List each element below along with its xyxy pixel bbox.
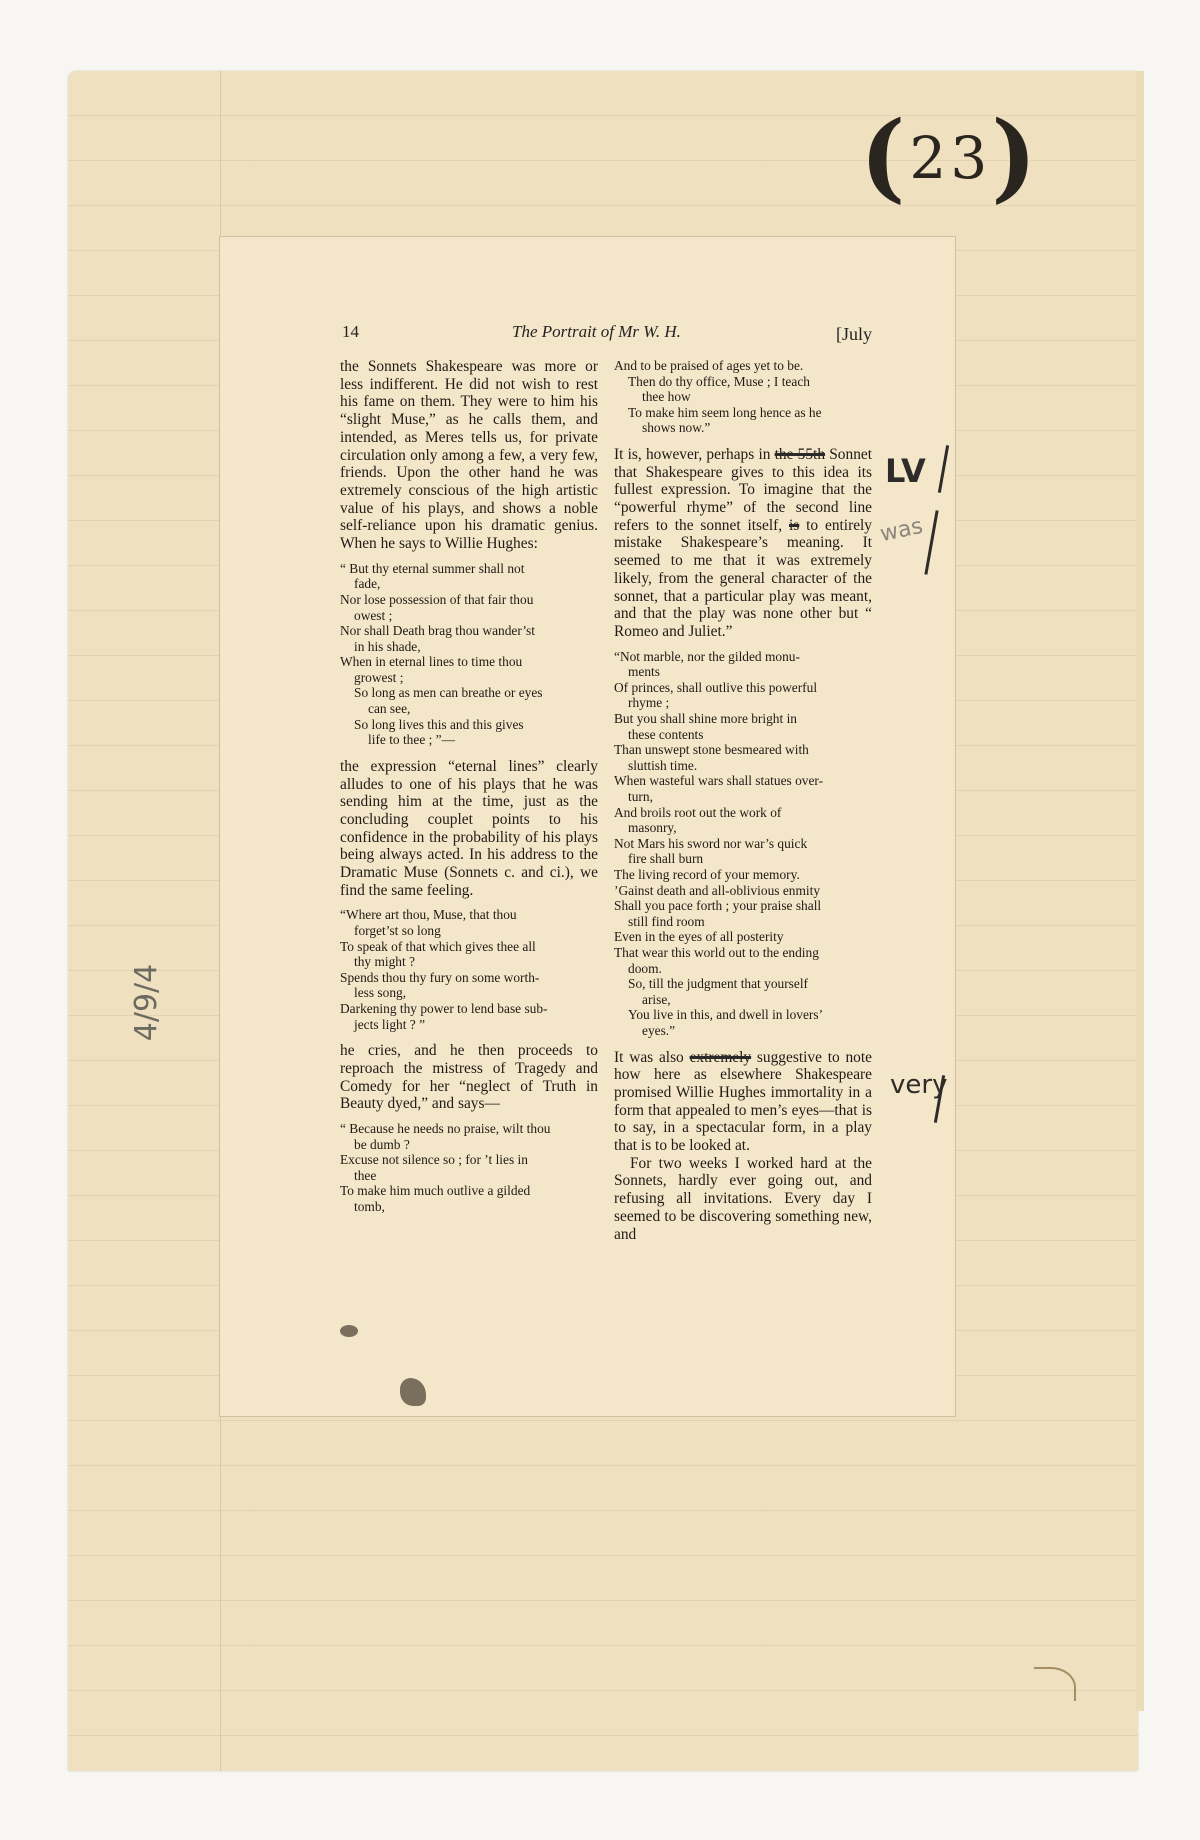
verse-line: That wear this world out to the endingdo…	[614, 945, 872, 976]
verse-line: Even in the eyes of all posterity	[614, 929, 872, 945]
verse-line: “ But thy eternal summer shall notfade,	[340, 561, 598, 592]
struck-text: the 55th	[775, 446, 825, 463]
verse-line: The living record of your memory.	[614, 867, 872, 883]
verse-block: “Not marble, nor the gilded monu-mentsOf…	[614, 649, 872, 1039]
verse-block: And to be praised of ages yet to be.Then…	[614, 358, 872, 436]
verse-line: When wasteful wars shall statues over-tu…	[614, 773, 872, 804]
verse-line: ’Gainst death and all-oblivious enmity	[614, 883, 872, 899]
running-header: 14 The Portrait of Mr W. H. [July	[342, 322, 872, 348]
running-month: [July	[836, 324, 872, 345]
verse-line: Then do thy office, Muse ; I teachthee h…	[614, 374, 872, 405]
verse-line: Nor shall Death brag thou wander’stin hi…	[340, 623, 598, 654]
paragraph: the Sonnets Shakespeare was more or less…	[340, 358, 598, 553]
folded-corner	[1034, 1667, 1076, 1701]
ink-stain	[340, 1325, 358, 1337]
verse-line: To speak of that which gives thee allthy…	[340, 939, 598, 970]
verse-line: So long as men can breathe or eyescan se…	[340, 685, 598, 716]
verse-line: But you shall shine more bright inthese …	[614, 711, 872, 742]
running-title: The Portrait of Mr W. H.	[512, 322, 681, 342]
verse-line: So, till the judgment that yourselfarise…	[614, 976, 872, 1007]
verse-line: Of princes, shall outlive this powerfulr…	[614, 680, 872, 711]
verse-block: “ But thy eternal summer shall notfade,N…	[340, 561, 598, 748]
paragraph: It was also extremely suggestive to note…	[614, 1049, 872, 1155]
verse-line: Not Mars his sword nor war’s quickfire s…	[614, 836, 872, 867]
verse-line: “ Because he needs no praise, wilt thoub…	[340, 1121, 598, 1152]
verse-line: Spends thou thy fury on some worth-less …	[340, 970, 598, 1001]
right-column: And to be praised of ages yet to be.Then…	[614, 358, 872, 1243]
verse-line: And to be praised of ages yet to be.	[614, 358, 872, 374]
verse-line: Excuse not silence so ; for ’t lies inth…	[340, 1152, 598, 1183]
left-margin-note: 4/9/4	[129, 964, 164, 1041]
handwritten-page-number: (23)	[860, 100, 1041, 213]
verse-line: To make him seem long hence as heshows n…	[614, 405, 872, 436]
verse-line: “Not marble, nor the gilded monu-ments	[614, 649, 872, 680]
paragraph: he cries, and he then proceeds to reproa…	[340, 1042, 598, 1113]
verse-line: So long lives this and this giveslife to…	[340, 717, 598, 748]
verse-line: Nor lose possession of that fair thouowe…	[340, 592, 598, 623]
struck-text: is	[789, 517, 799, 534]
paragraph: It is, however, perhaps in the 55th Sonn…	[614, 446, 872, 641]
paragraph: the expression “eternal lines” clearly a…	[340, 758, 598, 900]
struck-text: extremely	[690, 1049, 752, 1066]
verse-line: Shall you pace forth ; your praise shall…	[614, 898, 872, 929]
verse-line: When in eternal lines to time thougrowes…	[340, 654, 598, 685]
verse-line: “Where art thou, Muse, that thouforget’s…	[340, 907, 598, 938]
sheet-edge	[1136, 71, 1144, 1711]
verse-block: “ Because he needs no praise, wilt thoub…	[340, 1121, 598, 1215]
verse-line: To make him much outlive a gildedtomb,	[340, 1183, 598, 1214]
verse-block: “Where art thou, Muse, that thouforget’s…	[340, 907, 598, 1032]
verse-line: Darkening thy power to lend base sub-jec…	[340, 1001, 598, 1032]
left-column: the Sonnets Shakespeare was more or less…	[340, 358, 598, 1225]
paragraph: For two weeks I worked hard at the Sonne…	[614, 1155, 872, 1244]
verse-line: Than unswept stone besmeared withsluttis…	[614, 742, 872, 773]
verse-line: You live in this, and dwell in lovers’ey…	[614, 1007, 872, 1038]
verse-line: And broils root out the work ofmasonry,	[614, 805, 872, 836]
margin-annotation: LV	[885, 452, 926, 490]
page-number: 14	[342, 322, 359, 342]
